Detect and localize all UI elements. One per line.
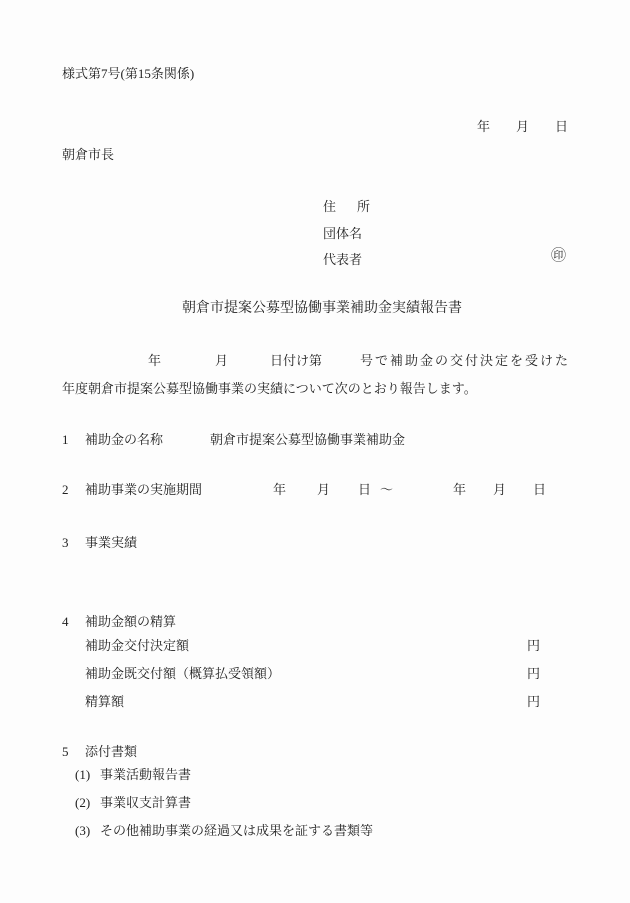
document-title: 朝倉市提案公募型協働事業補助金実績報告書 [182, 301, 462, 316]
attachment-3-number: (3) [75, 823, 90, 838]
settlement-decided-unit: 円 [527, 638, 540, 653]
representative-label: 代表者 [323, 252, 362, 267]
item5-number: 5 [62, 744, 69, 759]
item1-number: 1 [62, 432, 69, 447]
item3-number: 3 [62, 535, 69, 550]
opening-year-blank: 年 [148, 353, 161, 368]
settlement-balance-unit: 円 [527, 694, 540, 709]
opening-line2: 年度朝倉市提案公募型協働事業の実績について次のとおり報告します。 [62, 381, 477, 396]
opening-day-suffix: 日付け第 [270, 353, 322, 368]
form-number: 様式第7号(第15条関係) [62, 66, 194, 81]
settlement-paid-label: 補助金既交付額（概算払受領額） [85, 666, 280, 681]
settlement-decided-label: 補助金交付決定額 [85, 638, 189, 653]
item2-number: 2 [62, 482, 69, 497]
address-label: 住 所 [323, 199, 374, 214]
item4-label: 補助金額の精算 [85, 614, 176, 629]
item3-label: 事業実績 [85, 535, 137, 550]
attachment-3-label: その他補助事業の経過又は成果を証する書類等 [100, 823, 373, 838]
attachment-1-number: (1) [75, 767, 90, 782]
opening-number-suffix: 号で補助金の交付決定を受けた [360, 353, 570, 368]
organization-name-label: 団体名 [323, 226, 362, 241]
seal-mark-icon: ㊞ [551, 249, 566, 264]
item1-value: 朝倉市提案公募型協働事業補助金 [210, 432, 405, 447]
attachment-1-label: 事業活動報告書 [100, 767, 191, 782]
period-end-year: 年 [453, 482, 466, 497]
period-end-month: 月 [493, 482, 506, 497]
attachment-2-label: 事業収支計算書 [100, 795, 191, 810]
attachment-2-number: (2) [75, 795, 90, 810]
period-start-month: 月 [317, 482, 330, 497]
item4-number: 4 [62, 614, 69, 629]
opening-month-blank: 月 [215, 353, 228, 368]
item1-label: 補助金の名称 [85, 432, 163, 447]
document-page: 様式第7号(第15条関係) 年 月 日 朝倉市長 住 所 団体名 代表者 ㊞ 朝… [0, 0, 630, 903]
period-end-day: 日 [533, 482, 546, 497]
period-start-day: 日 [358, 482, 371, 497]
settlement-paid-unit: 円 [527, 666, 540, 681]
date-blank-line: 年 月 日 [477, 119, 568, 134]
period-start-year: 年 [273, 482, 286, 497]
addressee: 朝倉市長 [62, 147, 114, 162]
item2-label: 補助事業の実施期間 [85, 482, 202, 497]
settlement-balance-label: 精算額 [85, 694, 124, 709]
period-tilde: ～ [380, 482, 393, 497]
item5-label: 添付書類 [85, 744, 137, 759]
